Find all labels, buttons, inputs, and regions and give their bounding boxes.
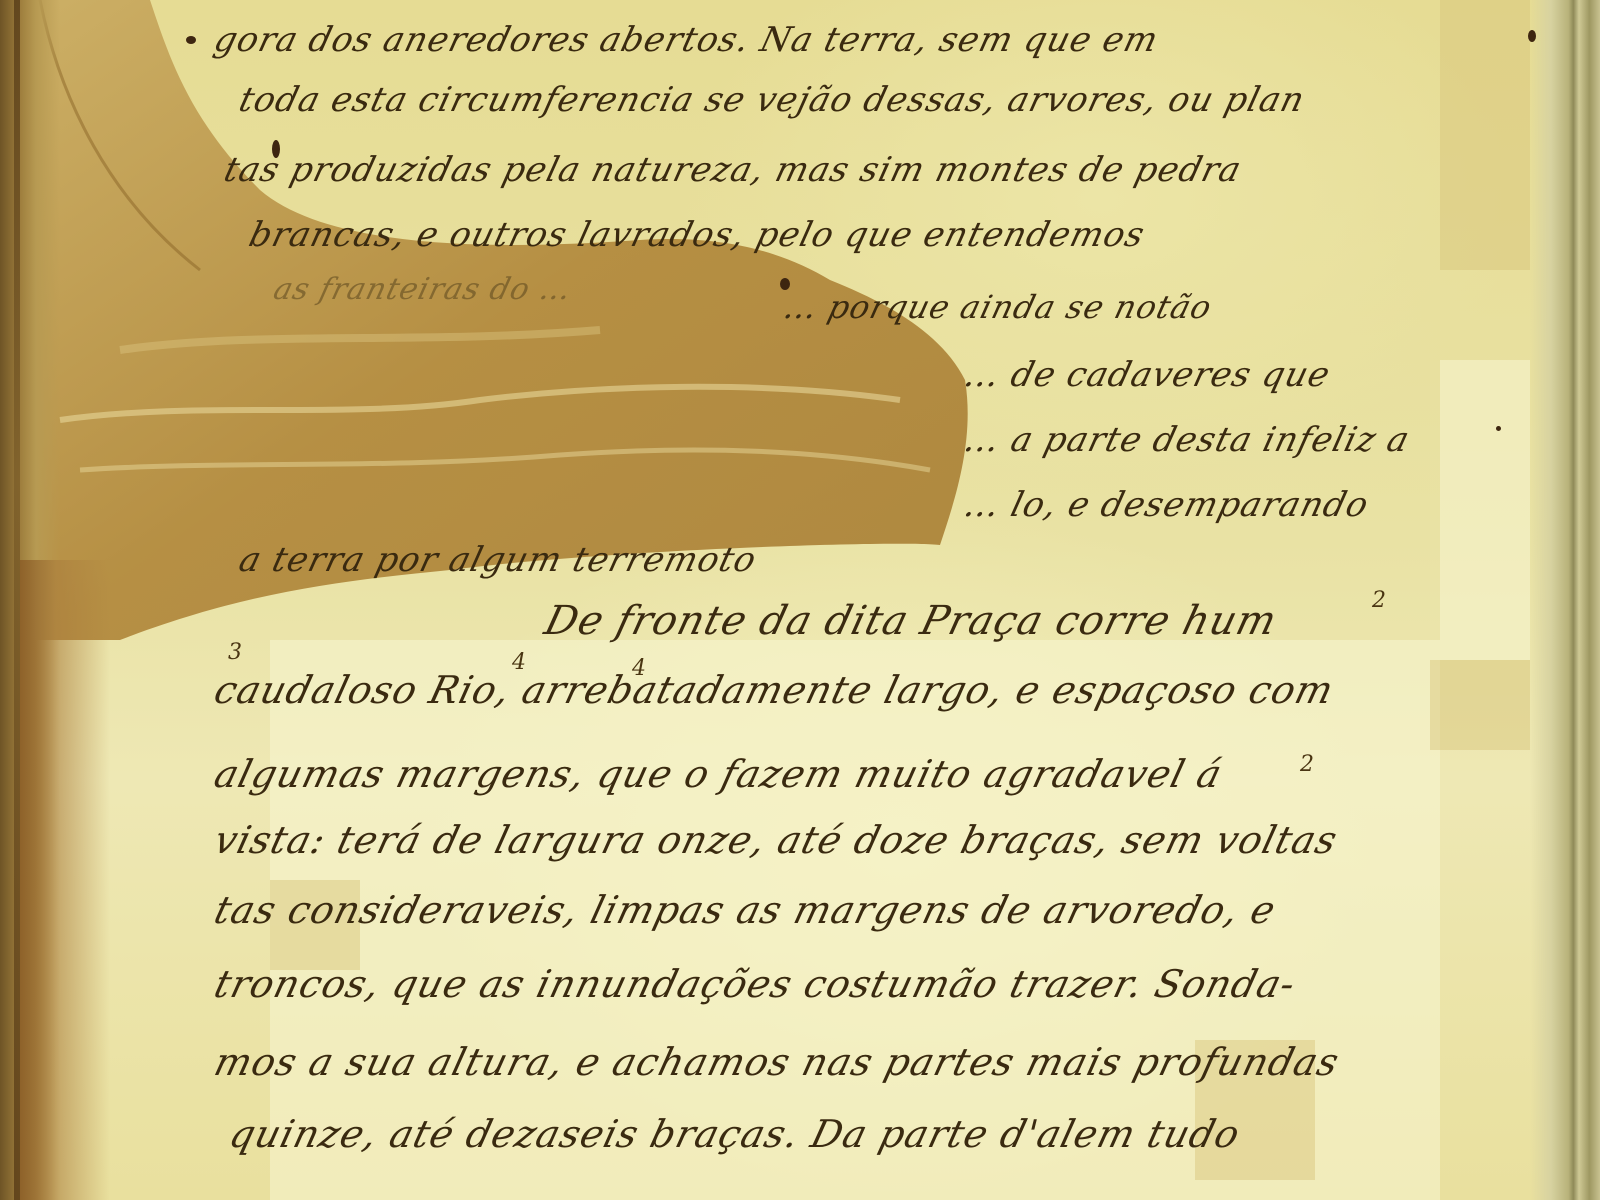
text-line: brancas, e outros lavrados, pelo que ent… <box>245 215 1149 255</box>
text-line: … lo, e desemparando <box>960 485 1373 525</box>
edge-stain <box>20 560 110 1200</box>
text-line: tas consideraveis, limpas as margens de … <box>210 888 1281 932</box>
ink-spot <box>186 36 196 44</box>
ink-spot <box>1496 426 1501 431</box>
text-line: tas produzidas pela natureza, mas sim mo… <box>220 150 1246 190</box>
text-line: mos a sua altura, e achamos nas partes m… <box>210 1040 1344 1084</box>
paper-patch <box>1430 660 1530 750</box>
paper-patch <box>1440 0 1530 270</box>
annotation-number: 2 <box>1300 752 1314 777</box>
paragraph-start-line: De fronte da dita Praça corre hum <box>540 598 1282 644</box>
text-line: … porque ainda se notão <box>780 288 1216 326</box>
text-line: … de cadaveres que <box>960 355 1335 395</box>
binding-right-edge <box>1530 0 1600 1200</box>
annotation-number: 4 <box>512 650 526 675</box>
text-line: … a parte desta infeliz a <box>960 420 1414 460</box>
text-line: a terra por algum terremoto <box>235 540 761 580</box>
ink-spot <box>1528 30 1536 42</box>
text-line: caudaloso Rio, arrebatadamente largo, e … <box>210 668 1339 712</box>
annotation-number: 4 <box>632 656 646 681</box>
text-line: quinze, até dezaseis braças. Da parte d'… <box>225 1112 1245 1156</box>
text-line: toda esta circumferencia se vejão dessas… <box>235 80 1309 120</box>
annotation-number: 2 <box>1372 588 1386 613</box>
annotation-number: 3 <box>228 640 242 665</box>
manuscript-page: gora dos aneredores abertos. Na terra, s… <box>0 0 1600 1200</box>
text-line: troncos, que as innundações costumão tra… <box>210 962 1300 1006</box>
faded-text-line: as franteiras do … <box>270 272 576 307</box>
text-line: vista: terá de largura onze, até doze br… <box>210 818 1342 862</box>
paper-patch <box>1440 360 1530 660</box>
text-line: gora dos aneredores abertos. Na terra, s… <box>210 20 1163 60</box>
text-line: algumas margens, que o fazem muito agrad… <box>210 752 1227 796</box>
